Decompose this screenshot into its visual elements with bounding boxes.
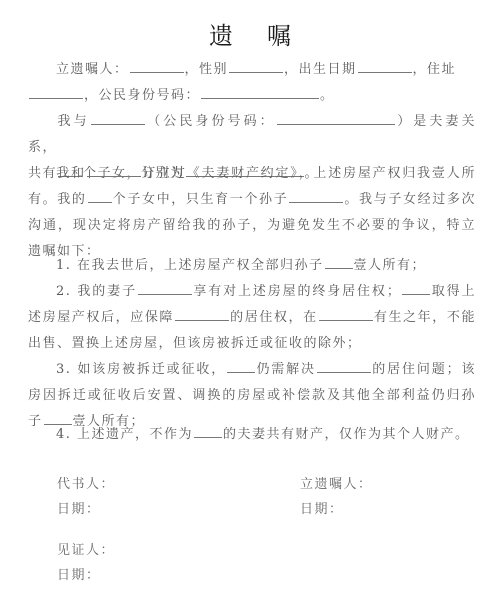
agreement-paragraph: 我和订立过《夫妻财产约定》，上述房屋产权归我壹人所有。我的个子女中，只生育一个孙…: [28, 161, 476, 265]
period: 。: [320, 88, 335, 103]
clause-1: 1. 在我去世后，上述房屋产权全部归孙子壹人所有；: [28, 253, 476, 279]
blank-id-number[interactable]: [201, 84, 319, 99]
clause-4-text-b: 的夫妻共有财产，仅作为其个人财产。: [223, 427, 470, 442]
blank-birthdate[interactable]: [358, 58, 412, 73]
clause-4: 4. 上述遗产，不作为的夫妻共有财产，仅作为其个人财产。: [28, 422, 476, 448]
blank-address[interactable]: [29, 84, 83, 99]
blank-spouse-id[interactable]: [277, 110, 395, 125]
scribe-label: 代书人：: [57, 472, 115, 498]
label-address: ，住址: [413, 62, 457, 77]
blank-gender[interactable]: [229, 58, 283, 73]
witness-date-label: 日期：: [57, 563, 101, 589]
blank-agreement-party[interactable]: [87, 162, 141, 177]
clause-1-text: 1. 在我去世后，上述房屋产权全部归孙子: [56, 258, 324, 273]
title-char: 遗: [209, 16, 233, 51]
blank-grandson-5[interactable]: [194, 423, 222, 438]
testator-signature-label: 立遗嘱人：: [300, 472, 373, 498]
clause-2-text-d: 的居住权，在: [230, 310, 318, 325]
label-id-number: ，公民身份号码：: [84, 88, 200, 103]
clause-2: 2. 我的妻子享有对上述房屋的终身居住权；取得上述房屋产权后，应保障的居住权，在…: [28, 279, 476, 357]
clause-2-text-b: 享有对上述房屋的终身居住权；: [193, 284, 401, 299]
clause-4-text: 4. 上述遗产，不作为: [56, 427, 193, 442]
blank-testator-name[interactable]: [130, 58, 184, 73]
blank-grandson-name[interactable]: [289, 188, 343, 203]
clause-3-text-b: 仍需解决: [256, 362, 316, 377]
label-spouse: 我与: [56, 114, 90, 129]
testator-date-label: 日期：: [300, 497, 344, 523]
title-char: 嘱: [267, 16, 291, 51]
blank-grandson-1[interactable]: [325, 254, 353, 269]
blank-wife-name-3[interactable]: [319, 306, 373, 321]
scribe-date-label: 日期：: [57, 497, 101, 523]
label-gender: ，性别: [185, 62, 229, 77]
label-testator: 立遗嘱人：: [56, 62, 129, 77]
document-title: 遗嘱: [0, 16, 500, 51]
blank-wife-name-4[interactable]: [317, 358, 371, 373]
blank-wife-name[interactable]: [138, 280, 192, 295]
label-birthdate: ，出生日期: [284, 62, 357, 77]
text-grandson: 个子女中，只生育一个孙子: [113, 192, 289, 207]
witness-label: 见证人：: [57, 538, 115, 564]
testator-info-paragraph: 立遗嘱人：，性别，出生日期，住址，公民身份号码：。: [28, 57, 476, 109]
blank-children-count-2[interactable]: [88, 188, 112, 203]
clause-3-text: 3. 如该房被拆迁或征收，: [56, 362, 226, 377]
blank-grandson-2[interactable]: [402, 280, 430, 295]
label-spouse-id: （公民身份号码：: [146, 114, 276, 129]
blank-wife-name-2[interactable]: [175, 306, 229, 321]
blank-spouse-name[interactable]: [91, 110, 145, 125]
clause-2-text: 2. 我的妻子: [56, 284, 137, 299]
clause-1-end: 壹人所有；: [354, 258, 427, 273]
blank-grandson-3[interactable]: [227, 358, 255, 373]
label-with: 我和: [56, 166, 86, 181]
